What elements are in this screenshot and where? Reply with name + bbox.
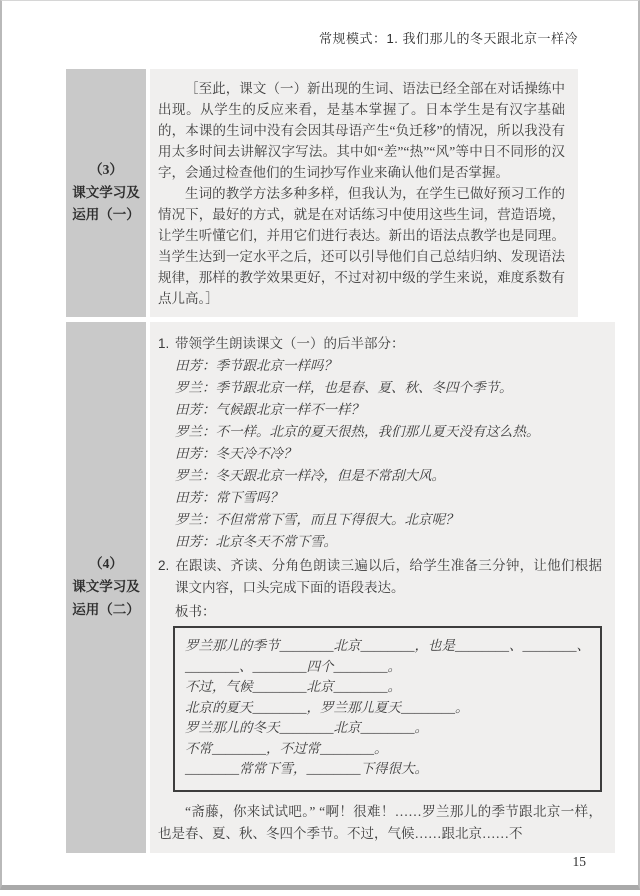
row-label-line: 运用（一） — [72, 204, 140, 227]
row-label-line: 课文学习及 — [72, 576, 140, 599]
numbered-item-1: 1.带领学生朗读课文（一）的后半部分： — [158, 333, 602, 355]
fill-blank-line: ________常常下雪，________下得很大。 — [185, 759, 590, 780]
row-label-line: （4） — [89, 553, 123, 576]
item-number: 1. — [158, 333, 175, 355]
item-text: 在跟读、齐读、分角色朗读三遍以后，给学生准备三分钟，让他们根据课文内容，口头完成… — [175, 558, 602, 595]
row-content-section-4: 1.带领学生朗读课文（一）的后半部分： 田芳：季节跟北京一样吗？ 罗兰：季节跟北… — [150, 322, 615, 853]
dialogue-line: 罗兰：不一样。北京的夏天很热，我们那儿夏天没有这么热。 — [175, 421, 602, 443]
fill-blank-line: 不过，气候________北京________。 — [185, 677, 590, 698]
page-number: 15 — [573, 854, 587, 870]
table-row-section-4: （4） 课文学习及 运用（二） 1.带领学生朗读课文（一）的后半部分： 田芳：季… — [66, 322, 578, 853]
fill-blank-line: 不常________，不过常________。 — [185, 739, 590, 760]
blackboard-label: 板书： — [175, 600, 602, 623]
running-title: 常规模式：1. 我们那儿的冬天跟北京一样冷 — [319, 31, 578, 46]
fill-blank-line: 罗兰那儿的冬天________北京________。 — [185, 718, 590, 739]
dialogue-line: 田芳：北京冬天不常下雪。 — [175, 531, 602, 553]
row-label-section-4: （4） 课文学习及 运用（二） — [66, 322, 146, 853]
lesson-plan-table: （3） 课文学习及 运用（一） ［至此，课文（一）新出现的生词、语法已经全部在对… — [66, 69, 578, 853]
row-label-line: 课文学习及 — [72, 182, 140, 205]
item-number: 2. — [158, 555, 175, 577]
dialogue-line: 罗兰：不但常常下雪，而且下得很大。北京呢？ — [175, 509, 602, 531]
commentary-paragraph: ［至此，课文（一）新出现的生词、语法已经全部在对话操练中出现。从学生的反应来看，… — [158, 78, 565, 183]
row-label-line: （3） — [89, 159, 123, 182]
row-label-line: 运用（二） — [72, 599, 140, 622]
dialogue-line: 罗兰：冬天跟北京一样冷，但是不常刮大风。 — [175, 465, 602, 487]
dialogue-line: 田芳：季节跟北京一样吗？ — [175, 355, 602, 377]
item-text: 带领学生朗读课文（一）的后半部分： — [175, 336, 405, 351]
numbered-item-2: 2.在跟读、齐读、分角色朗读三遍以后，给学生准备三分钟，让他们根据课文内容，口头… — [158, 555, 602, 599]
fill-blank-line: 罗兰那儿的季节________北京________，也是________、___… — [185, 636, 590, 657]
fill-blank-line: 北京的夏天________，罗兰那儿夏天________。 — [185, 698, 590, 719]
row-label-section-3: （3） 课文学习及 运用（一） — [66, 69, 146, 317]
dialogue-line: 罗兰：季节跟北京一样，也是春、夏、秋、冬四个季节。 — [175, 377, 602, 399]
closing-paragraph: “斋藤，你来试试吧。” “啊！很难！……罗兰那儿的季节跟北京一样，也是春、夏、秋… — [158, 801, 602, 845]
table-row-section-3: （3） 课文学习及 运用（一） ［至此，课文（一）新出现的生词、语法已经全部在对… — [66, 69, 578, 317]
dialogue-block: 田芳：季节跟北京一样吗？ 罗兰：季节跟北京一样，也是春、夏、秋、冬四个季节。 田… — [175, 355, 602, 553]
running-header: 常规模式：1. 我们那儿的冬天跟北京一样冷 — [66, 28, 578, 47]
dialogue-line: 田芳：常下雪吗？ — [175, 487, 602, 509]
dialogue-line: 田芳：冬天冷不冷？ — [175, 443, 602, 465]
blackboard-box: 罗兰那儿的季节________北京________，也是________、___… — [173, 626, 602, 792]
document-page: 常规模式：1. 我们那儿的冬天跟北京一样冷 （3） 课文学习及 运用（一） ［至… — [0, 0, 640, 890]
row-content-section-3: ［至此，课文（一）新出现的生词、语法已经全部在对话操练中出现。从学生的反应来看，… — [150, 69, 578, 317]
commentary-paragraph: 生词的教学方法多种多样，但我认为，在学生已做好预习工作的情况下，最好的方式，就是… — [158, 183, 565, 309]
dialogue-line: 田芳：气候跟北京一样不一样？ — [175, 399, 602, 421]
fill-blank-line: ________、________四个________。 — [185, 657, 590, 678]
